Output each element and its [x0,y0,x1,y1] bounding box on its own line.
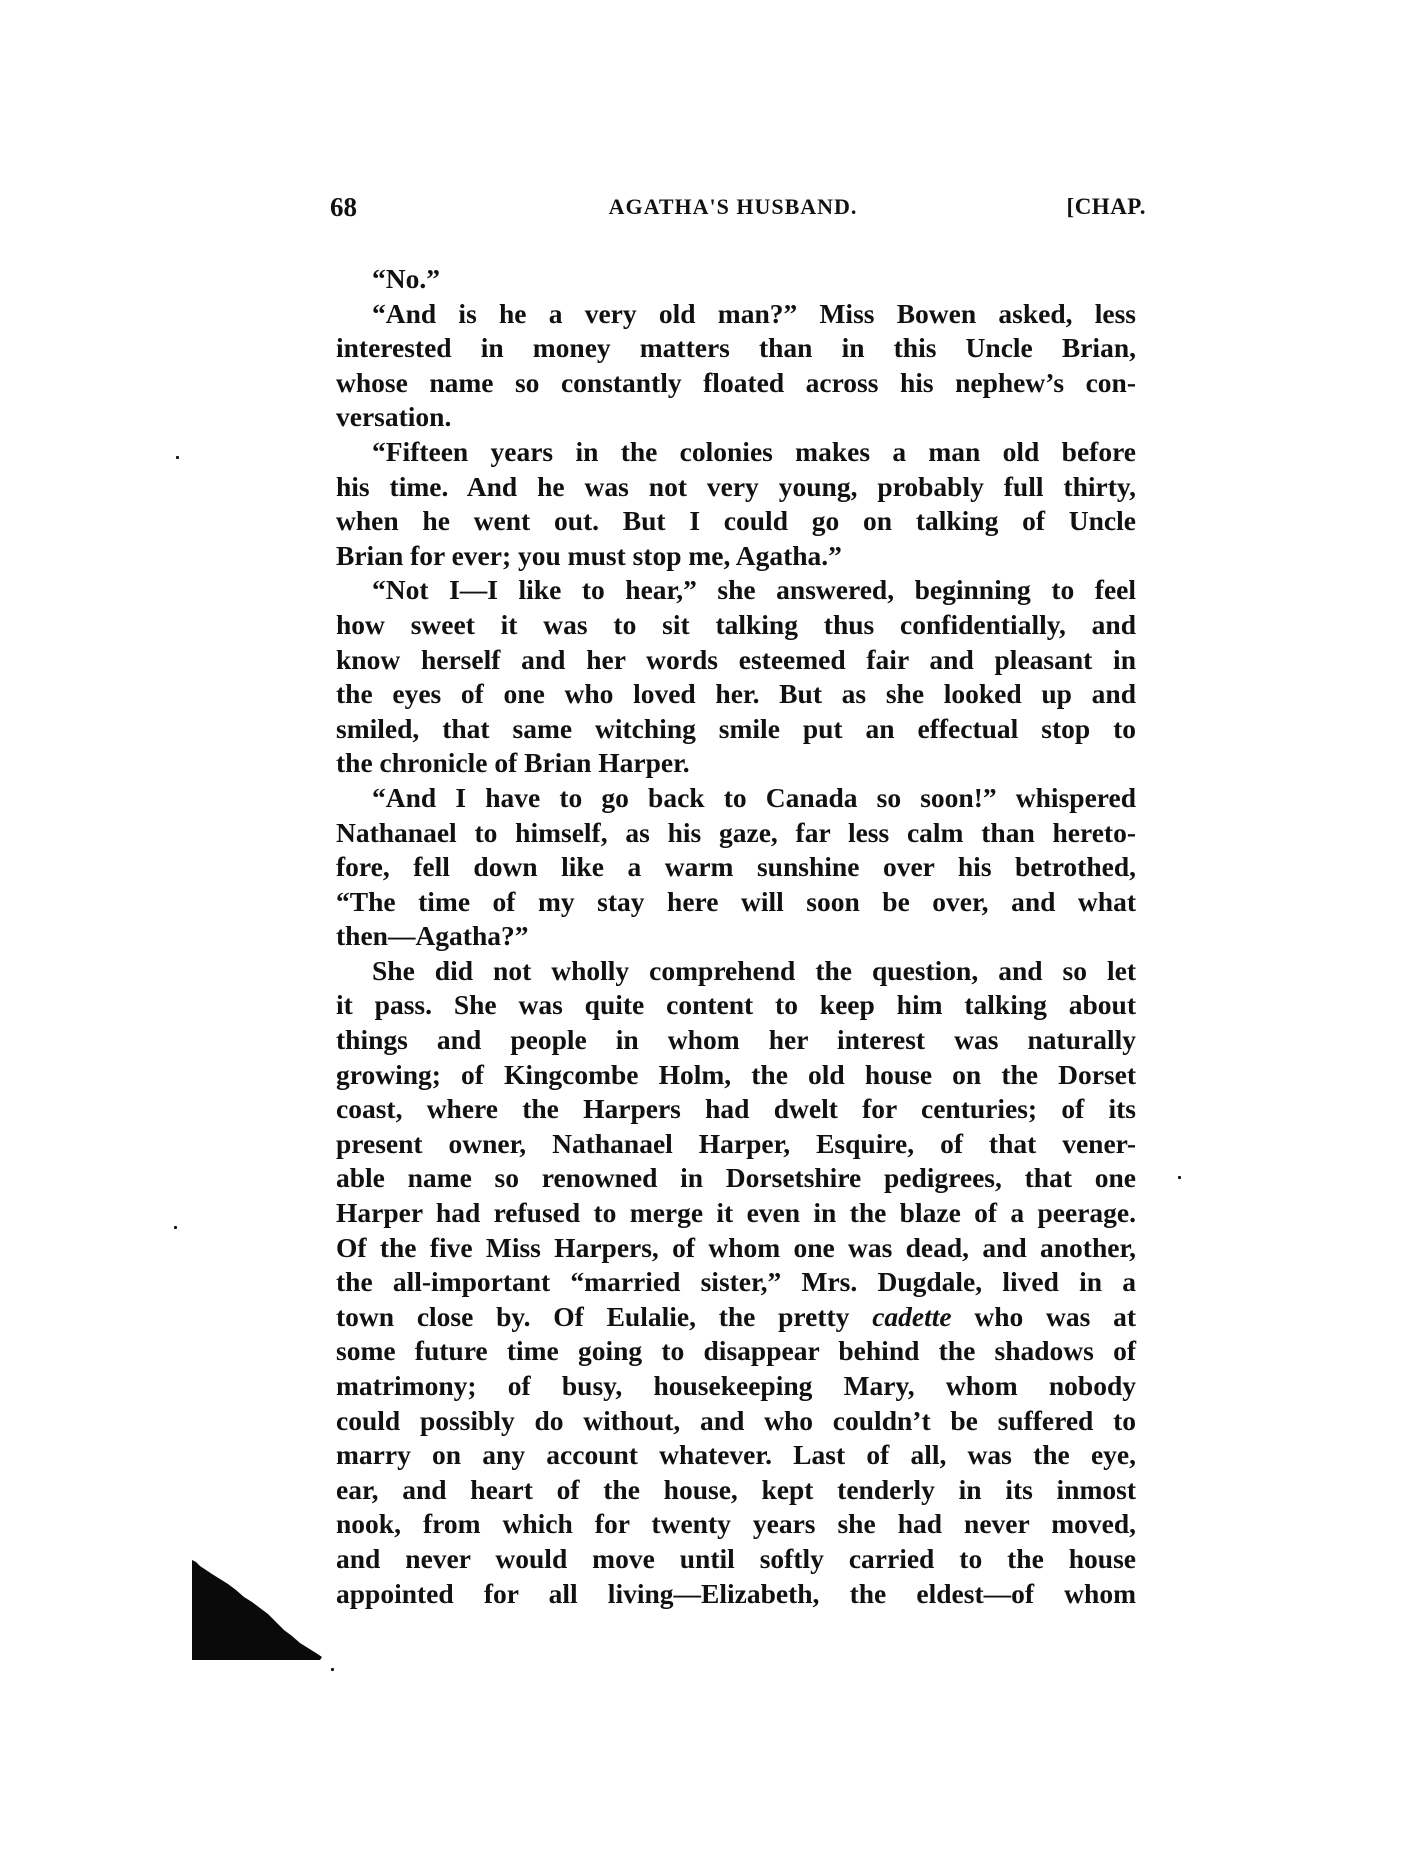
text-line: appointed for all living—Elizabeth, the … [336,1577,1136,1612]
text-line: nook, from which for twenty years she ha… [336,1507,1136,1542]
text-line: the all-important “married sister,” Mrs.… [336,1265,1136,1300]
text-line: “No.” [336,262,1136,297]
text-line: Nathanael to himself, as his gaze, far l… [336,816,1136,851]
text-line: things and people in whom her interest w… [336,1023,1136,1058]
text-line: whose name so constantly floated across … [336,366,1136,401]
text-line: Harper had refused to merge it even in t… [336,1196,1136,1231]
book-title: AGATHA'S HUSBAND. [330,194,1136,220]
text-line: town close by. Of Eulalie, the pretty ca… [336,1300,1136,1335]
text-line: the eyes of one who loved her. But as sh… [336,677,1136,712]
text-line: ear, and heart of the house, kept tender… [336,1473,1136,1508]
text-line: She did not wholly comprehend the questi… [336,954,1136,989]
text-line: fore, fell down like a warm sunshine ove… [336,850,1136,885]
text-line: marry on any account whatever. Last of a… [336,1438,1136,1473]
text-line: and never would move until softly carrie… [336,1542,1136,1577]
text-line: coast, where the Harpers had dwelt for c… [336,1092,1136,1127]
text-line: how sweet it was to sit talking thus con… [336,608,1136,643]
text-line: “And I have to go back to Canada so soon… [336,781,1136,816]
text-line: some future time going to disappear behi… [336,1334,1136,1369]
text-line: “Not I—I like to hear,” she answered, be… [336,573,1136,608]
text-segment: who was at [952,1301,1136,1332]
margin-speck [331,1668,334,1671]
text-line: Brian for ever; you must stop me, Agatha… [336,539,1136,574]
text-line: “The time of my stay here will soon be o… [336,885,1136,920]
book-page: 68 AGATHA'S HUSBAND. [CHAP. “No.”“And is… [0,0,1402,1851]
margin-speck [174,1226,177,1229]
text-line: able name so renowned in Dorsetshire ped… [336,1161,1136,1196]
text-line: “Fifteen years in the colonies makes a m… [336,435,1136,470]
text-line: the chronicle of Brian Harper. [336,746,1136,781]
text-segment: town close by. Of Eulalie, the pretty [336,1301,872,1332]
margin-speck [176,456,179,459]
body-text: “No.”“And is he a very old man?” Miss Bo… [336,262,1136,1611]
text-line: it pass. She was quite content to keep h… [336,988,1136,1023]
italic-word: cadette [872,1301,951,1332]
running-head: 68 AGATHA'S HUSBAND. [CHAP. [330,192,1136,232]
text-line: then—Agatha?” [336,919,1136,954]
text-line: present owner, Nathanael Harper, Esquire… [336,1127,1136,1162]
text-line: matrimony; of busy, housekeeping Mary, w… [336,1369,1136,1404]
text-line: versation. [336,400,1136,435]
text-line: “And is he a very old man?” Miss Bowen a… [336,297,1136,332]
text-line: could possibly do without, and who could… [336,1404,1136,1439]
margin-speck [1178,1176,1181,1179]
chapter-marker: [CHAP. [1067,194,1146,220]
text-line: his time. And he was not very young, pro… [336,470,1136,505]
text-line: know herself and her words esteemed fair… [336,643,1136,678]
text-line: growing; of Kingcombe Holm, the old hous… [336,1058,1136,1093]
scan-artifact-shadow [192,1560,322,1660]
text-line: smiled, that same witching smile put an … [336,712,1136,747]
text-line: interested in money matters than in this… [336,331,1136,366]
text-line: when he went out. But I could go on talk… [336,504,1136,539]
text-line: Of the five Miss Harpers, of whom one wa… [336,1231,1136,1266]
